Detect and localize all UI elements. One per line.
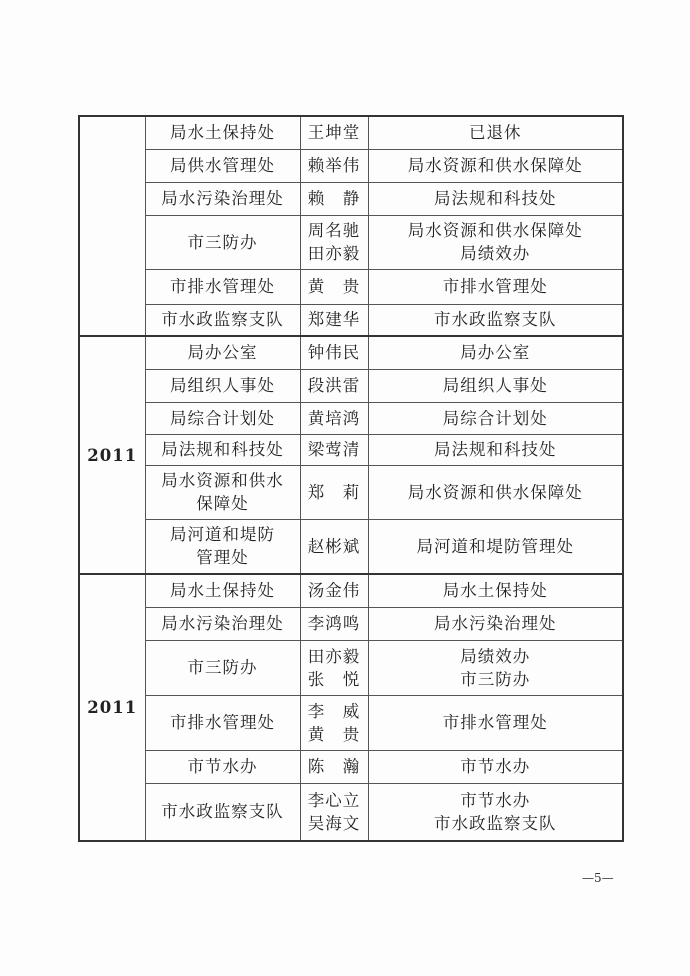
name-text: 段洪雷: [301, 374, 368, 397]
name-cell: 陈 瀚: [300, 750, 368, 783]
current-unit-cell: 局水土保持处: [368, 574, 623, 607]
current-unit-cell: 市节水办: [368, 750, 623, 783]
dept-cell: 局水污染治理处: [145, 182, 300, 215]
dept-cell: 局供水管理处: [145, 149, 300, 182]
name-text: 张 悦: [301, 668, 368, 691]
name-text: 赵彬斌: [301, 535, 368, 558]
name-text: 田亦毅: [301, 645, 368, 668]
name-text: 梁莺清: [301, 438, 368, 461]
current-unit-text: 市排水管理处: [369, 711, 623, 734]
name-text: 黄 贵: [301, 723, 368, 746]
table-row: 2011局水土保持处汤金伟局水土保持处: [79, 574, 623, 607]
dept-text: 市节水办: [146, 755, 300, 778]
personnel-table: 局水土保持处王坤堂已退休局供水管理处赖举伟局水资源和供水保障处局水污染治理处赖 …: [78, 115, 624, 842]
dept-text: 局河道和堤防: [146, 523, 300, 546]
dept-cell: 局组织人事处: [145, 369, 300, 402]
name-cell: 梁莺清: [300, 434, 368, 465]
name-cell: 赖举伟: [300, 149, 368, 182]
name-cell: 黄培鸿: [300, 402, 368, 434]
dept-cell: 局水土保持处: [145, 574, 300, 607]
dept-cell: 市排水管理处: [145, 269, 300, 304]
table-row: 市节水办陈 瀚市节水办: [79, 750, 623, 783]
dept-text: 保障处: [146, 492, 300, 515]
table-row: 局水污染治理处赖 静局法规和科技处: [79, 182, 623, 215]
dept-cell: 局水污染治理处: [145, 607, 300, 640]
name-cell: 田亦毅张 悦: [300, 640, 368, 695]
current-unit-text: 市节水办: [369, 789, 623, 812]
name-cell: 钟伟民: [300, 336, 368, 369]
dept-text: 市三防办: [146, 656, 300, 679]
current-unit-text: 局水资源和供水保障处: [369, 219, 623, 242]
table-row: 局组织人事处段洪雷局组织人事处: [79, 369, 623, 402]
dept-text: 局水污染治理处: [146, 187, 300, 210]
current-unit-text: 局水土保持处: [369, 579, 623, 602]
dept-cell: 局水土保持处: [145, 116, 300, 149]
dept-text: 局组织人事处: [146, 374, 300, 397]
name-cell: 周名驰田亦毅: [300, 215, 368, 269]
current-unit-cell: 局水资源和供水保障处: [368, 465, 623, 519]
name-cell: 段洪雷: [300, 369, 368, 402]
current-unit-cell: 局河道和堤防管理处: [368, 519, 623, 574]
current-unit-cell: 局法规和科技处: [368, 434, 623, 465]
name-cell: 李鸿鸣: [300, 607, 368, 640]
table-row: 市三防办田亦毅张 悦局绩效办市三防办: [79, 640, 623, 695]
table-row: 局水污染治理处李鸿鸣局水污染治理处: [79, 607, 623, 640]
name-cell: 郑建华: [300, 304, 368, 336]
current-unit-cell: 局组织人事处: [368, 369, 623, 402]
dept-cell: 市水政监察支队: [145, 783, 300, 841]
current-unit-text: 局河道和堤防管理处: [369, 535, 623, 558]
current-unit-cell: 已退休: [368, 116, 623, 149]
current-unit-cell: 市水政监察支队: [368, 304, 623, 336]
dept-cell: 局河道和堤防管理处: [145, 519, 300, 574]
current-unit-cell: 局绩效办市三防办: [368, 640, 623, 695]
table-row: 局法规和科技处梁莺清局法规和科技处: [79, 434, 623, 465]
table-row: 市排水管理处黄 贵市排水管理处: [79, 269, 623, 304]
name-text: 黄培鸿: [301, 407, 368, 430]
current-unit-cell: 市排水管理处: [368, 269, 623, 304]
dept-text: 市排水管理处: [146, 711, 300, 734]
dept-text: 局水资源和供水: [146, 469, 300, 492]
dept-cell: 市三防办: [145, 640, 300, 695]
table-row: 市三防办周名驰田亦毅局水资源和供水保障处局绩效办: [79, 215, 623, 269]
dept-text: 市水政监察支队: [146, 308, 300, 331]
current-unit-text: 局绩效办: [369, 645, 623, 668]
name-cell: 赵彬斌: [300, 519, 368, 574]
dept-text: 局水土保持处: [146, 579, 300, 602]
name-text: 李 威: [301, 700, 368, 723]
current-unit-text: 市节水办: [369, 755, 623, 778]
name-text: 李鸿鸣: [301, 612, 368, 635]
current-unit-cell: 局水资源和供水保障处: [368, 149, 623, 182]
year-cell: [79, 116, 145, 336]
table-row: 局综合计划处黄培鸿局综合计划处: [79, 402, 623, 434]
name-text: 钟伟民: [301, 341, 368, 364]
table-row: 市水政监察支队李心立吴海文市节水办市水政监察支队: [79, 783, 623, 841]
table-row: 2011局办公室钟伟民局办公室: [79, 336, 623, 369]
name-cell: 汤金伟: [300, 574, 368, 607]
dept-cell: 市排水管理处: [145, 695, 300, 750]
dept-text: 局供水管理处: [146, 154, 300, 177]
table-row: 局水资源和供水保障处郑 莉局水资源和供水保障处: [79, 465, 623, 519]
name-cell: 王坤堂: [300, 116, 368, 149]
table-row: 局供水管理处赖举伟局水资源和供水保障处: [79, 149, 623, 182]
dept-text: 市排水管理处: [146, 275, 300, 298]
current-unit-cell: 市节水办市水政监察支队: [368, 783, 623, 841]
page-number: —5—: [582, 871, 614, 885]
name-text: 田亦毅: [301, 242, 368, 265]
dept-cell: 市节水办: [145, 750, 300, 783]
current-unit-text: 局综合计划处: [369, 407, 623, 430]
current-unit-cell: 局水污染治理处: [368, 607, 623, 640]
current-unit-text: 局绩效办: [369, 242, 623, 265]
dept-text: 管理处: [146, 546, 300, 569]
name-text: 赖举伟: [301, 154, 368, 177]
current-unit-text: 局组织人事处: [369, 374, 623, 397]
name-text: 郑建华: [301, 308, 368, 331]
current-unit-cell: 局水资源和供水保障处局绩效办: [368, 215, 623, 269]
current-unit-text: 市排水管理处: [369, 275, 623, 298]
name-cell: 赖 静: [300, 182, 368, 215]
table-row: 局水土保持处王坤堂已退休: [79, 116, 623, 149]
name-text: 黄 贵: [301, 275, 368, 298]
dept-text: 市水政监察支队: [146, 800, 300, 823]
year-cell: 2011: [79, 574, 145, 841]
current-unit-text: 市水政监察支队: [369, 812, 623, 835]
name-text: 汤金伟: [301, 579, 368, 602]
name-cell: 李心立吴海文: [300, 783, 368, 841]
current-unit-cell: 局综合计划处: [368, 402, 623, 434]
current-unit-text: 局法规和科技处: [369, 187, 623, 210]
dept-text: 市三防办: [146, 231, 300, 254]
current-unit-text: 局水污染治理处: [369, 612, 623, 635]
name-text: 李心立: [301, 789, 368, 812]
name-cell: 郑 莉: [300, 465, 368, 519]
dept-cell: 局综合计划处: [145, 402, 300, 434]
name-text: 陈 瀚: [301, 755, 368, 778]
table-row: 局河道和堤防管理处赵彬斌局河道和堤防管理处: [79, 519, 623, 574]
table-row: 市排水管理处李 威黄 贵市排水管理处: [79, 695, 623, 750]
current-unit-text: 局法规和科技处: [369, 438, 623, 461]
dept-text: 局办公室: [146, 341, 300, 364]
dept-text: 局水土保持处: [146, 121, 300, 144]
current-unit-text: 市水政监察支队: [369, 308, 623, 331]
dept-text: 局法规和科技处: [146, 438, 300, 461]
dept-text: 局综合计划处: [146, 407, 300, 430]
name-cell: 李 威黄 贵: [300, 695, 368, 750]
dept-cell: 市水政监察支队: [145, 304, 300, 336]
name-text: 郑 莉: [301, 481, 368, 504]
current-unit-cell: 局法规和科技处: [368, 182, 623, 215]
current-unit-cell: 局办公室: [368, 336, 623, 369]
current-unit-text: 已退休: [369, 121, 623, 144]
current-unit-text: 市三防办: [369, 668, 623, 691]
dept-cell: 局办公室: [145, 336, 300, 369]
dept-cell: 市三防办: [145, 215, 300, 269]
name-text: 王坤堂: [301, 121, 368, 144]
dept-cell: 局水资源和供水保障处: [145, 465, 300, 519]
name-text: 吴海文: [301, 812, 368, 835]
dept-cell: 局法规和科技处: [145, 434, 300, 465]
dept-text: 局水污染治理处: [146, 612, 300, 635]
current-unit-text: 局办公室: [369, 341, 623, 364]
current-unit-text: 局水资源和供水保障处: [369, 154, 623, 177]
current-unit-text: 局水资源和供水保障处: [369, 481, 623, 504]
name-cell: 黄 贵: [300, 269, 368, 304]
current-unit-cell: 市排水管理处: [368, 695, 623, 750]
table-row: 市水政监察支队郑建华市水政监察支队: [79, 304, 623, 336]
year-cell: 2011: [79, 336, 145, 574]
name-text: 周名驰: [301, 219, 368, 242]
name-text: 赖 静: [301, 187, 368, 210]
